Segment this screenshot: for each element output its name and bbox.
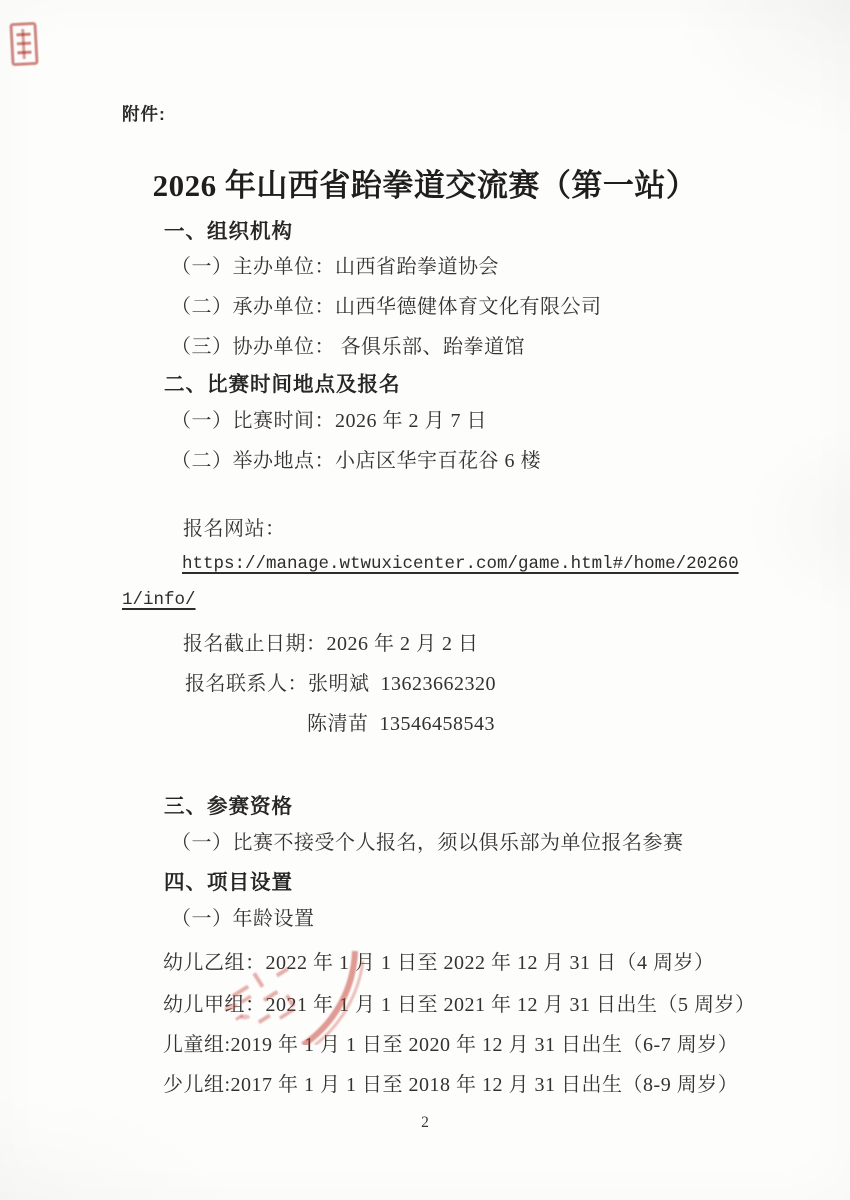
host-unit-line: （一）主办单位：山西省跆拳道协会 — [171, 250, 499, 279]
contact-person-line-1: 报名联系人：张明斌 13623662320 — [185, 667, 496, 696]
section-heading-eligibility: 三、参赛资格 — [164, 789, 293, 819]
age-group-line-children: 儿童组:2019 年 1 月 1 日至 2020 年 12 月 31 日出生（6… — [163, 1028, 738, 1057]
eligibility-rule-line: （一）比赛不接受个人报名，须以俱乐部为单位报名参赛 — [171, 826, 684, 855]
scan-shading-top-right — [670, 0, 850, 140]
age-group-line-toddler-b: 幼儿乙组：2022 年 1 月 1 日至 2022 年 12 月 31 日（4 … — [163, 946, 715, 975]
red-seal-mark-top-left — [8, 21, 40, 67]
attachment-label: 附件: — [122, 101, 166, 126]
age-settings-subheading: （一）年龄设置 — [171, 902, 315, 931]
venue-line: （二）举办地点：小店区华宇百花谷 6 楼 — [171, 444, 541, 473]
organizer-unit-line: （二）承办单位：山西华德健体育文化有限公司 — [171, 290, 602, 319]
registration-url-line-1[interactable]: https://manage.wtwuxicenter.com/game.htm… — [182, 554, 739, 574]
co-organizer-unit-line: （三）协办单位： 各俱乐部、跆拳道馆 — [171, 330, 525, 359]
scanned-document-page: 附件: 2026 年山西省跆拳道交流赛（第一站） 一、组织机构 （一）主办单位：… — [0, 0, 850, 1200]
document-title: 2026 年山西省跆拳道交流赛（第一站） — [0, 160, 850, 205]
section-heading-time-place: 二、比赛时间地点及报名 — [164, 367, 401, 397]
contact-person-line-2: 陈清苗 13546458543 — [307, 707, 495, 736]
section-heading-events: 四、项目设置 — [164, 865, 293, 895]
age-group-line-toddler-a: 幼儿甲组：2021 年 1 月 1 日至 2021 年 12 月 31 日出生（… — [163, 988, 756, 1017]
competition-time-line: （一）比赛时间：2026 年 2 月 7 日 — [171, 404, 487, 433]
registration-deadline-line: 报名截止日期：2026 年 2 月 2 日 — [183, 627, 479, 656]
section-heading-organization: 一、组织机构 — [164, 214, 293, 244]
registration-website-label: 报名网站： — [183, 512, 286, 541]
age-group-line-juvenile: 少儿组:2017 年 1 月 1 日至 2018 年 12 月 31 日出生（8… — [163, 1068, 738, 1097]
registration-url-line-2[interactable]: 1/info/ — [122, 590, 196, 610]
scan-shading-right-edge — [750, 430, 850, 610]
page-number: 2 — [0, 1114, 850, 1132]
